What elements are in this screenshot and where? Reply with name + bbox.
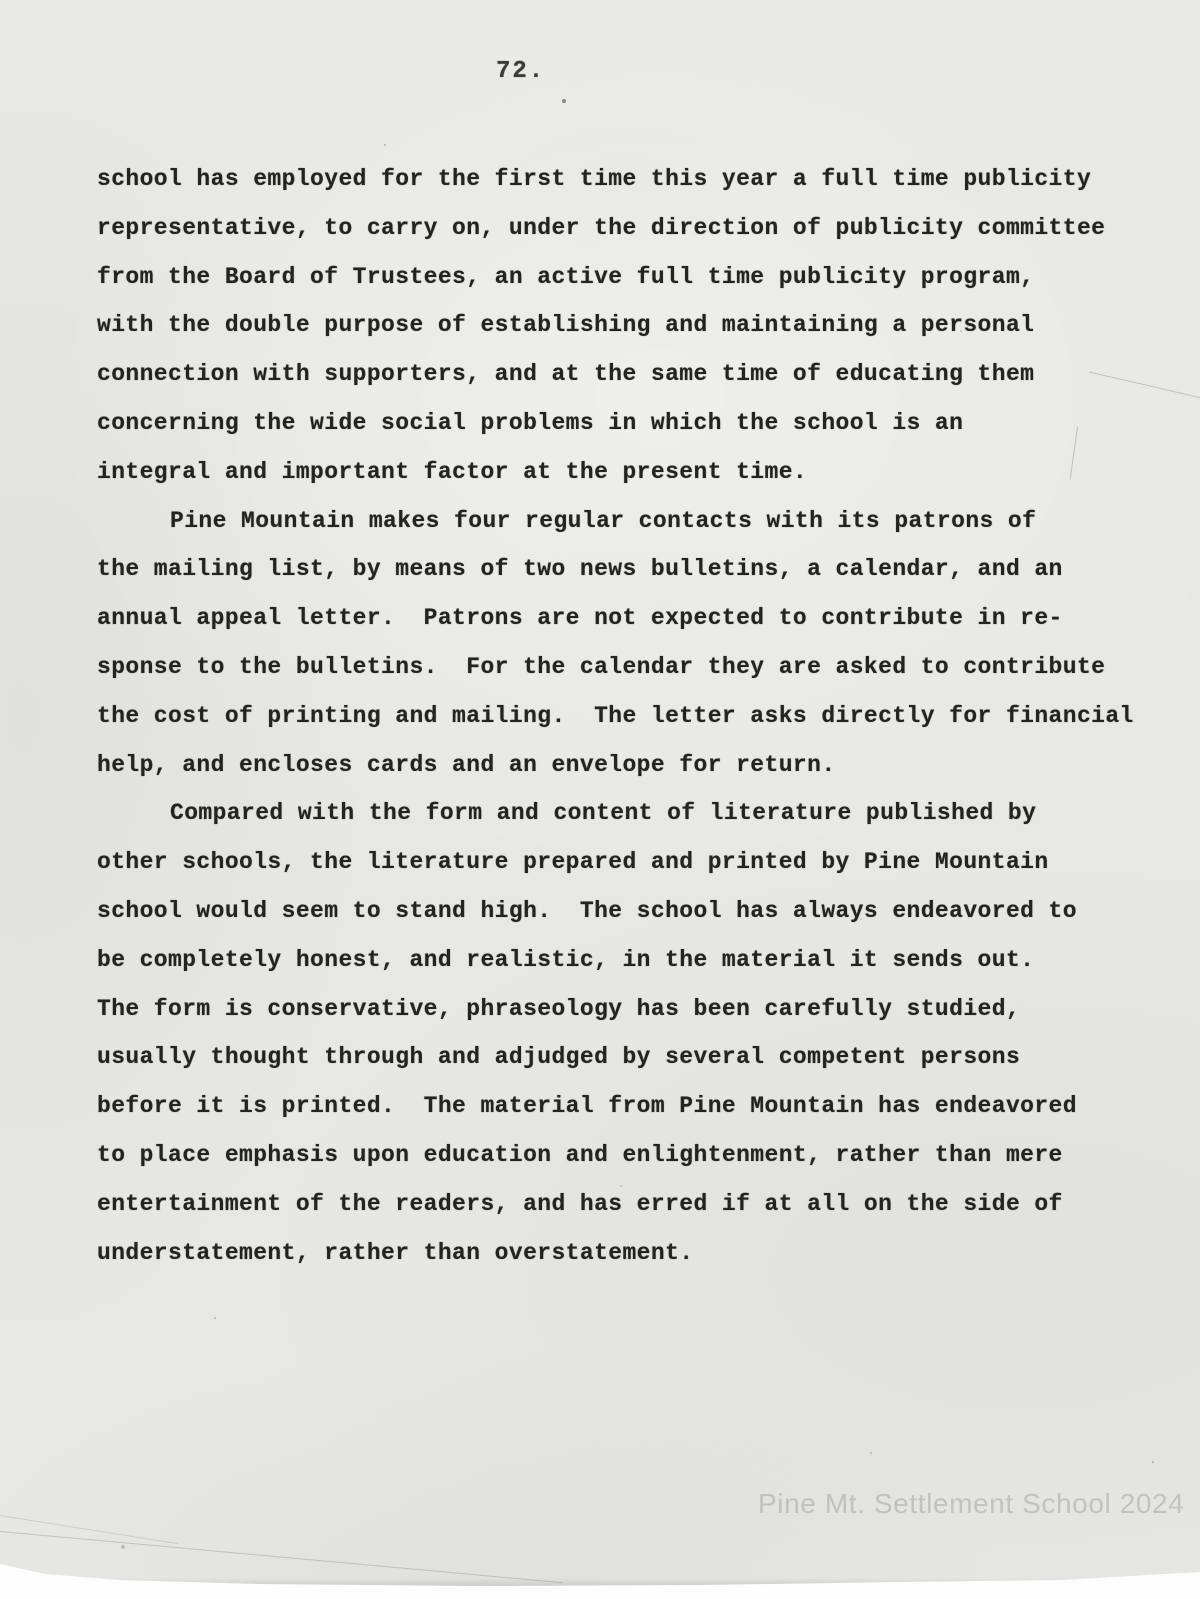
scanned-document: 72. school has employed for the first ti…	[0, 0, 1200, 1599]
page-number: 72.	[496, 58, 545, 85]
watermark: Pine Mt. Settlement School 2024	[758, 1488, 1184, 1520]
text-line: The form is conservative, phraseology ha…	[97, 985, 1167, 1034]
text-line: to place emphasis upon education and enl…	[97, 1131, 1167, 1180]
text-line: be completely honest, and realistic, in …	[97, 936, 1167, 985]
text-line: concerning the wide social problems in w…	[97, 399, 1167, 448]
text-line: connection with supporters, and at the s…	[97, 350, 1167, 399]
text-line: usually thought through and adjudged by …	[97, 1033, 1167, 1082]
text-line: with the double purpose of establishing …	[97, 301, 1167, 350]
text-line: integral and important factor at the pre…	[97, 448, 1167, 497]
text-line: representative, to carry on, under the d…	[97, 204, 1167, 253]
text-block: school has employed for the first time t…	[97, 155, 1167, 1277]
text-line: entertainment of the readers, and has er…	[97, 1180, 1167, 1229]
text-line: before it is printed. The material from …	[97, 1082, 1167, 1131]
text-line: Pine Mountain makes four regular contact…	[97, 497, 1167, 546]
text-line: school has employed for the first time t…	[97, 155, 1167, 204]
text-line: understatement, rather than overstatemen…	[97, 1229, 1167, 1278]
text-line: other schools, the literature prepared a…	[97, 838, 1167, 887]
text-line: the cost of printing and mailing. The le…	[97, 692, 1167, 741]
text-line: help, and encloses cards and an envelope…	[97, 741, 1167, 790]
text-line: annual appeal letter. Patrons are not ex…	[97, 594, 1167, 643]
text-line: school would seem to stand high. The sch…	[97, 887, 1167, 936]
text-line: Compared with the form and content of li…	[97, 789, 1167, 838]
text-line: sponse to the bulletins. For the calenda…	[97, 643, 1167, 692]
text-line: the mailing list, by means of two news b…	[97, 545, 1167, 594]
text-line: from the Board of Trustees, an active fu…	[97, 253, 1167, 302]
